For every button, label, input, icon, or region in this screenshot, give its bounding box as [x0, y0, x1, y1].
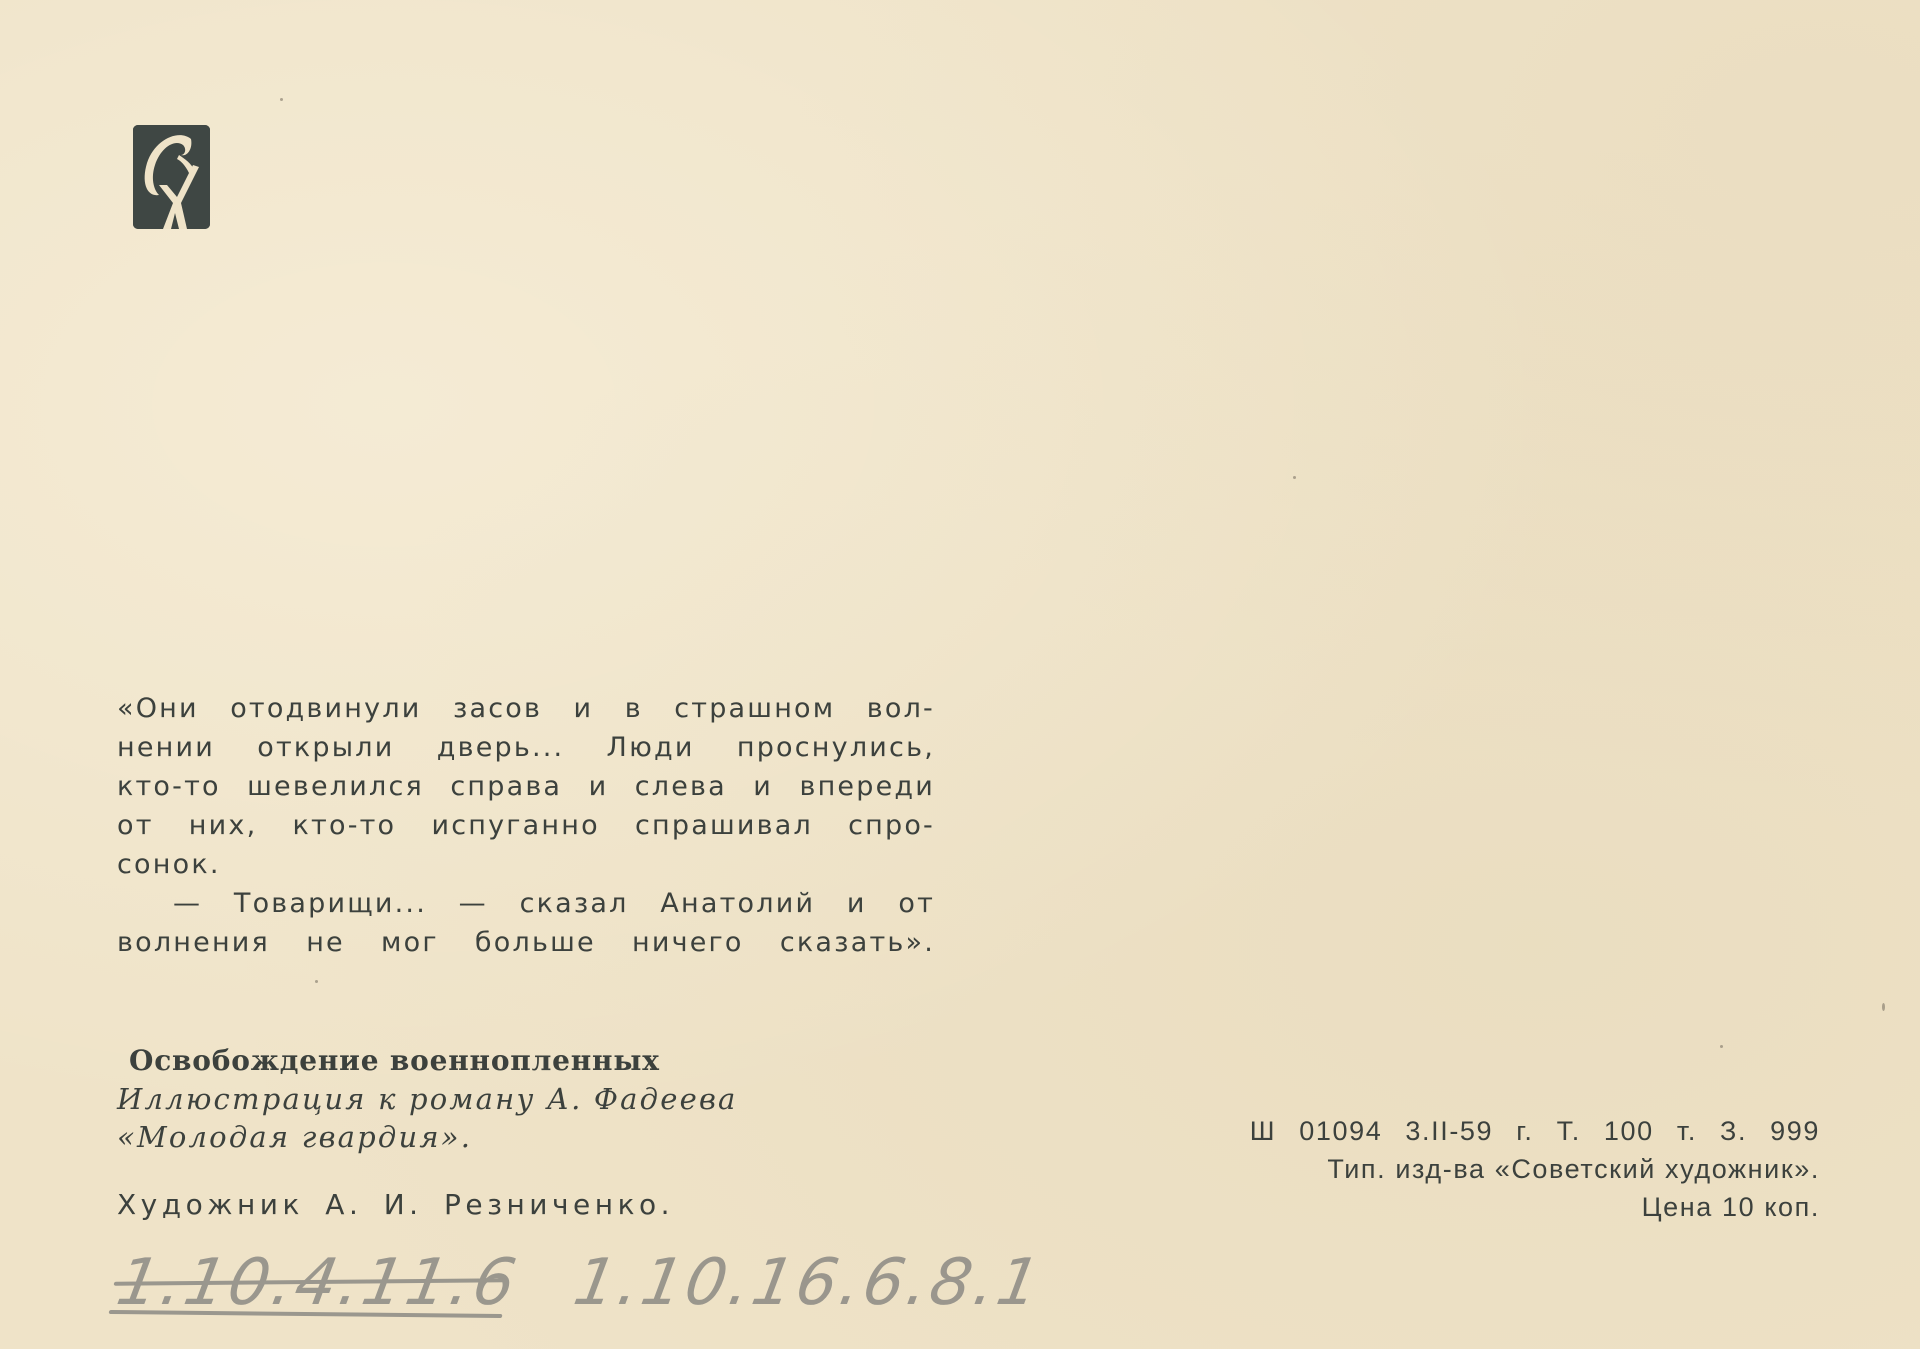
artwork-title: Освобождение военнопленных: [117, 1042, 817, 1080]
crossed-out-inventory-number: 1.10.4.11.6: [111, 1246, 514, 1320]
paper-speck: [315, 980, 318, 983]
quote-line: нении открыли дверь... Люди проснулись,: [117, 728, 935, 767]
quote-line: — Товарищи... — сказал Анатолий и от: [117, 884, 935, 923]
novel-title: «Молодая гвардия».: [117, 1118, 817, 1156]
print-code: Ш 01094 3.II-59 г. Т. 100 т. З. 999: [1140, 1112, 1820, 1150]
quote-line: сонок.: [117, 845, 935, 884]
quote-line: кто-то шевелился справа и слева и вперед…: [117, 767, 935, 806]
paper-speck: [1720, 1045, 1723, 1048]
publisher-logo: [133, 125, 210, 229]
publisher-monogram-icon: [133, 125, 210, 229]
postcard-back: «Они отодвинули засов и в страшном вол- …: [0, 0, 1920, 1349]
artist-credit: Художник А. И. Резниченко.: [117, 1186, 817, 1224]
quote-line: «Они отодвинули засов и в страшном вол-: [117, 689, 935, 728]
quote-line: от них, кто-то испуганно спрашивал спро-: [117, 806, 935, 845]
novel-quote: «Они отодвинули засов и в страшном вол- …: [117, 689, 935, 962]
paper-speck: [1882, 1003, 1885, 1011]
price: Цена 10 коп.: [1140, 1188, 1820, 1226]
quote-line: волнения не мог больше ничего сказать».: [117, 923, 935, 962]
paper-speck: [280, 98, 283, 101]
paper-speck: [1293, 476, 1296, 479]
inventory-number: 1.10.16.6.8.1: [568, 1246, 1048, 1320]
printer-name: Тип. изд-ва «Советский художник».: [1140, 1150, 1820, 1188]
publisher-imprint: Ш 01094 3.II-59 г. Т. 100 т. З. 999 Тип.…: [1140, 1112, 1820, 1226]
illustration-caption: Освобождение военнопленных Иллюстрация к…: [117, 1042, 817, 1224]
artwork-subtitle: Иллюстрация к роману А. Фадеева: [117, 1080, 817, 1118]
